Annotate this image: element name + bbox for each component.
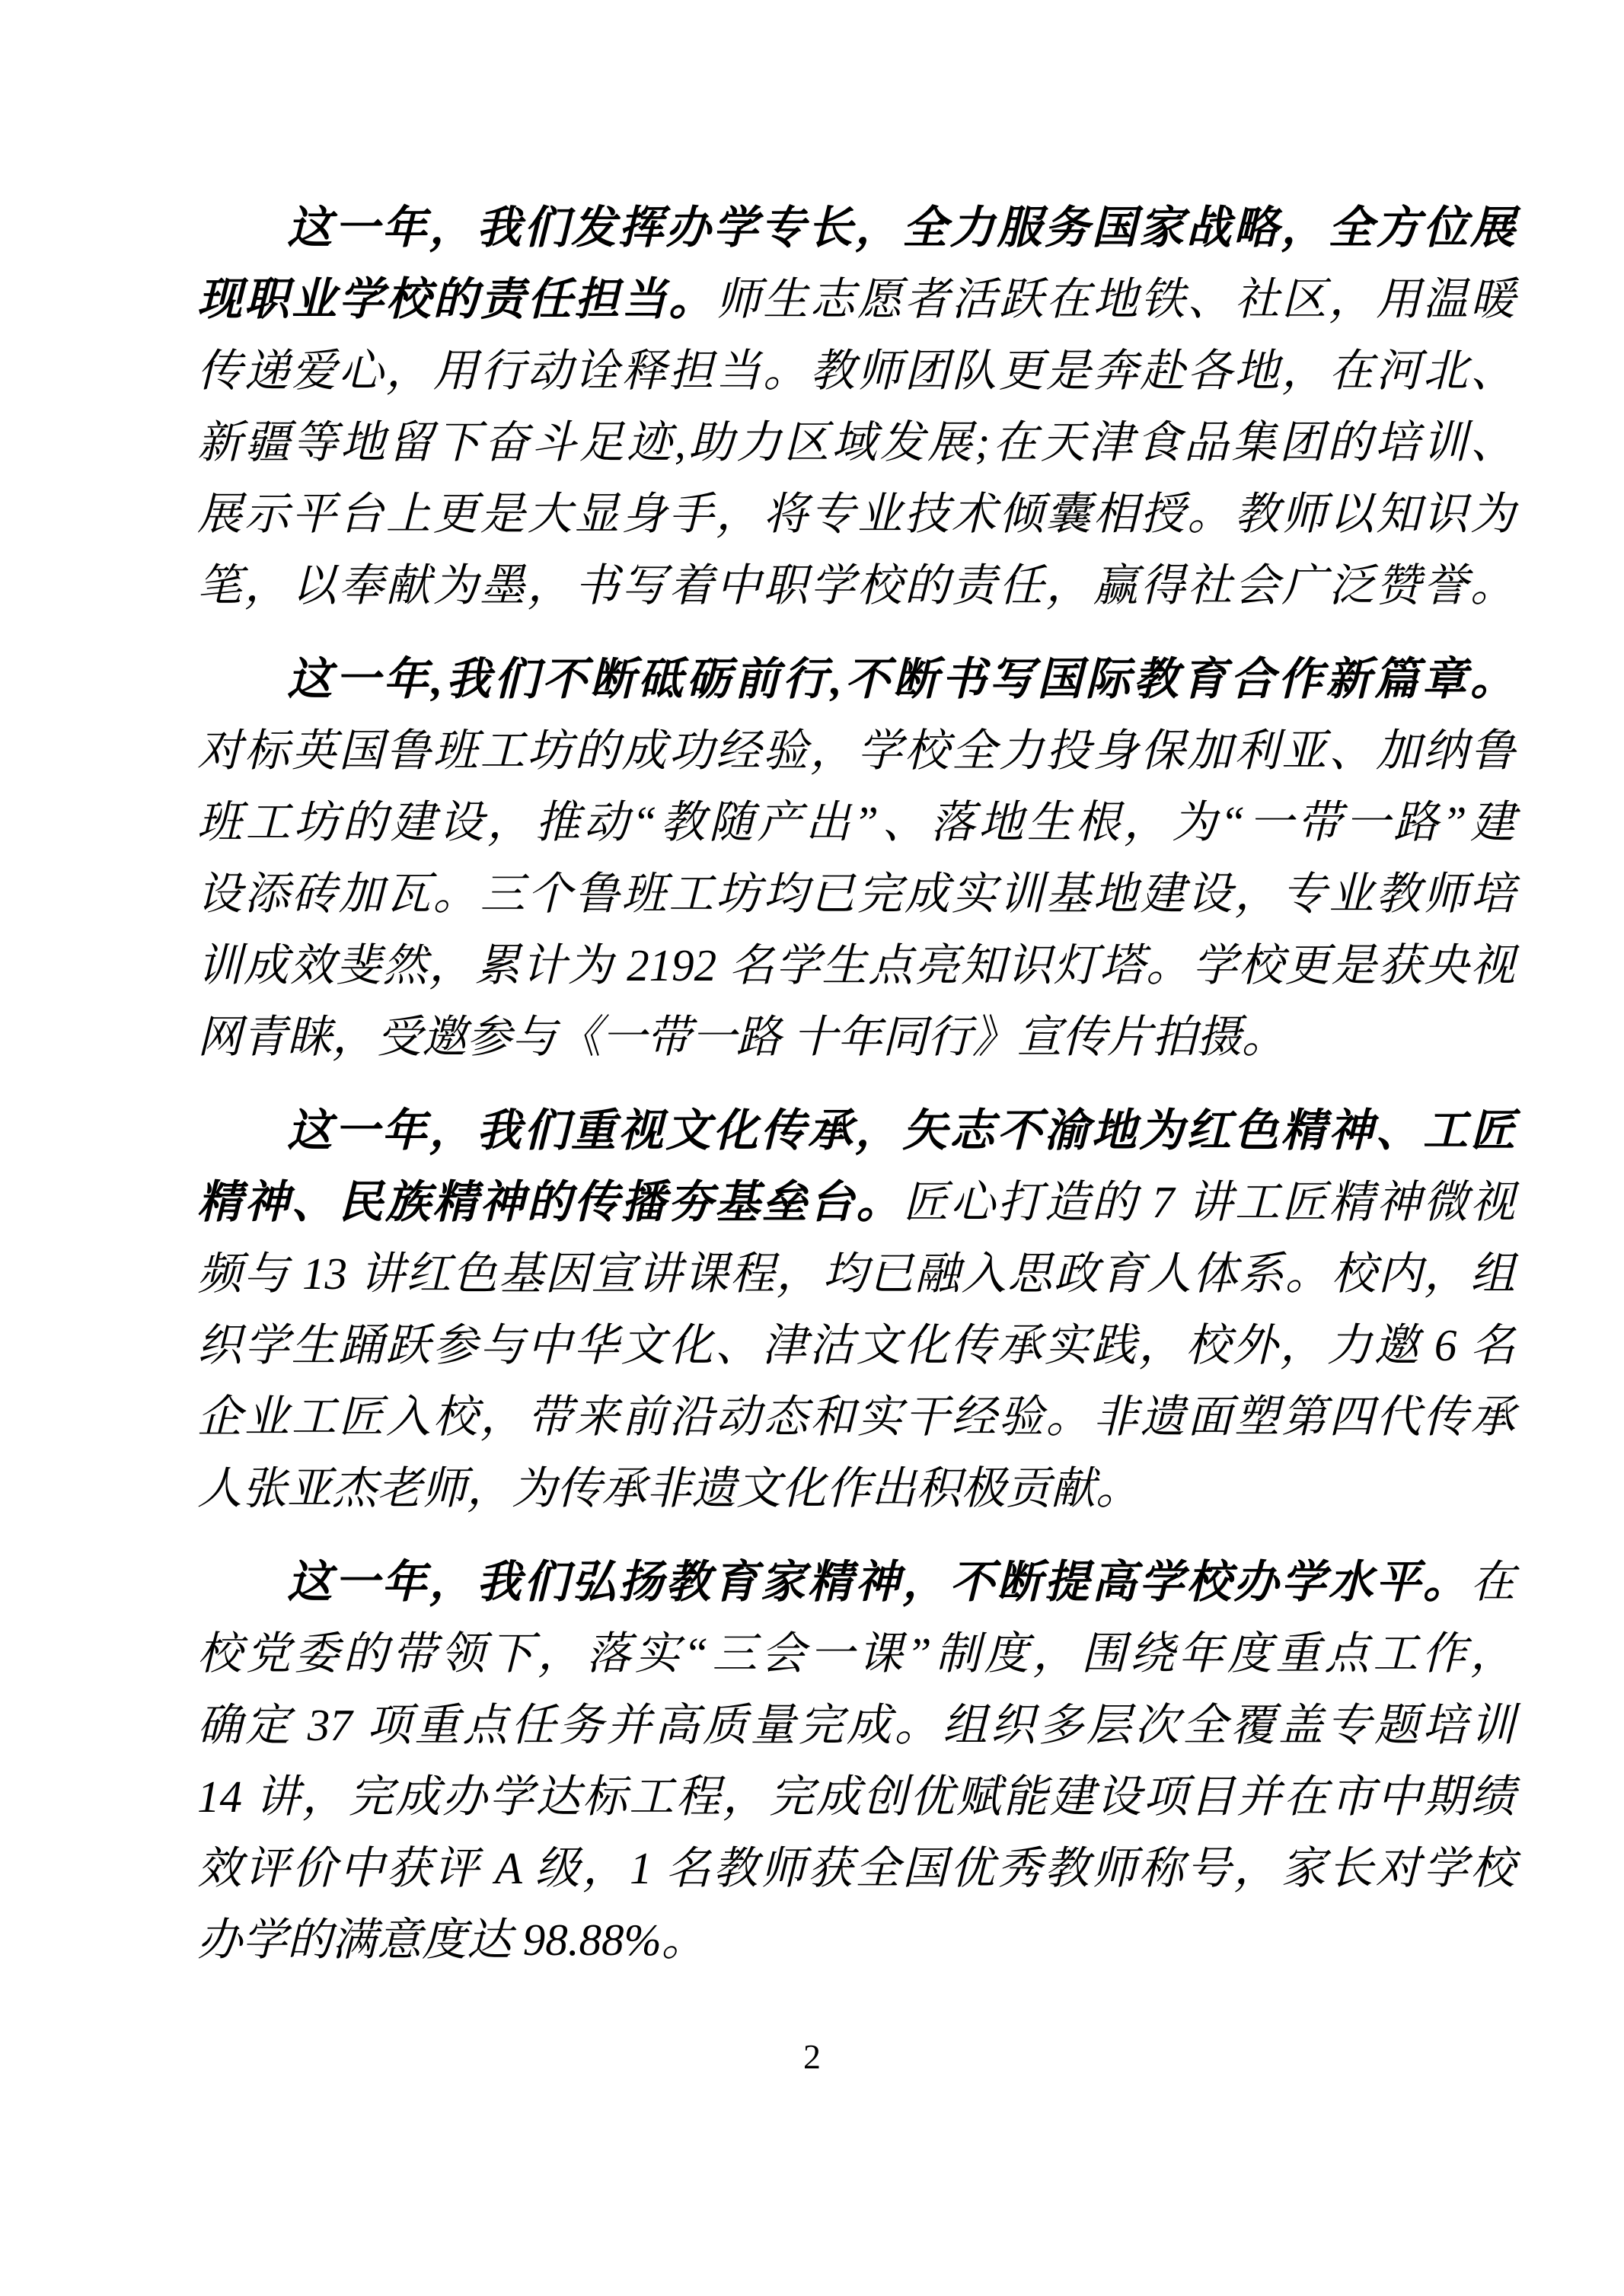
text-segment: 效评价中获评 A 级，1 名教师获全国优秀教师称号，家长对学校 bbox=[197, 1843, 1515, 1893]
paragraph: 这一年，我们发挥办学专长，全力服务国家战略，全方位展现职业学校的责任担当。师生志… bbox=[197, 192, 1515, 621]
text-line: 笔，以奉献为墨，书写着中职学校的责任，赢得社会广泛赞誉。 bbox=[197, 550, 1515, 621]
text-line: 确定 37 项重点任务并高质量完成。组织多层次全覆盖专题培训 bbox=[197, 1689, 1515, 1761]
text-segment: 精神、民族精神的传播夯基垒台。 bbox=[197, 1177, 903, 1227]
text-segment: 企业工匠入校，带来前沿动态和实干经验。非遗面塑第四代传承 bbox=[197, 1392, 1515, 1442]
text-segment: 师生志愿者活跃在地铁、社区，用温暖 bbox=[716, 274, 1515, 324]
text-segment: 新疆等地留下奋斗足迹,助力区域发展;在天津食品集团的培训、 bbox=[197, 417, 1515, 467]
text-segment: 织学生踊跃参与中华文化、津沽文化传承实践，校外，力邀 6 名 bbox=[197, 1320, 1515, 1370]
text-segment: 展示平台上更是大显身手，将专业技术倾囊相授。教师以知识为 bbox=[197, 489, 1515, 539]
paragraph: 这一年，我们重视文化传承，矢志不渝地为红色精神、工匠精神、民族精神的传播夯基垒台… bbox=[197, 1095, 1515, 1524]
text-segment: 网青睐，受邀参与《一带一路 十年同行》宣传片拍摄。 bbox=[197, 1012, 1287, 1062]
text-segment: 在 bbox=[1470, 1557, 1515, 1607]
text-segment: 确定 37 项重点任务并高质量完成。组织多层次全覆盖专题培训 bbox=[197, 1700, 1515, 1750]
text-line: 训成效斐然，累计为 2192 名学生点亮知识灯塔。学校更是获央视 bbox=[197, 930, 1515, 1001]
page-footer: 2 bbox=[0, 2034, 1624, 2080]
text-segment: 训成效斐然，累计为 2192 名学生点亮知识灯塔。学校更是获央视 bbox=[197, 940, 1515, 990]
text-line: 班工坊的建设，推动“教随产出”、落地生根，为“一带一路”建 bbox=[197, 786, 1515, 858]
text-segment: 人张亚杰老师，为传承非遗文化作出积极贡献。 bbox=[197, 1463, 1141, 1513]
text-segment: 14 讲，完成办学达标工程，完成创优赋能建设项目并在市中期绩 bbox=[197, 1771, 1515, 1822]
text-line: 对标英国鲁班工坊的成功经验，学校全力投身保加利亚、加纳鲁 bbox=[197, 715, 1515, 786]
text-segment: 笔，以奉献为墨，书写着中职学校的责任，赢得社会广泛赞誉。 bbox=[197, 560, 1515, 611]
text-line: 人张亚杰老师，为传承非遗文化作出积极贡献。 bbox=[197, 1453, 1515, 1524]
text-line: 传递爱心，用行动诠释担当。教师团队更是奔赴各地，在河北、 bbox=[197, 335, 1515, 407]
paragraph: 这一年,我们不断砥砺前行,不断书写国际教育合作新篇章。对标英国鲁班工坊的成功经验… bbox=[197, 643, 1515, 1073]
text-line: 企业工匠入校，带来前沿动态和实干经验。非遗面塑第四代传承 bbox=[197, 1381, 1515, 1453]
text-line: 这一年,我们不断砥砺前行,不断书写国际教育合作新篇章。 bbox=[197, 643, 1515, 715]
document-body: 这一年，我们发挥办学专长，全力服务国家战略，全方位展现职业学校的责任担当。师生志… bbox=[197, 192, 1515, 1976]
text-line: 现职业学校的责任担当。师生志愿者活跃在地铁、社区，用温暖 bbox=[197, 263, 1515, 335]
text-line: 办学的满意度达 98.88%。 bbox=[197, 1904, 1515, 1976]
page-number: 2 bbox=[803, 2037, 821, 2076]
text-line: 效评价中获评 A 级，1 名教师获全国优秀教师称号，家长对学校 bbox=[197, 1832, 1515, 1904]
text-segment: 这一年，我们发挥办学专长，全力服务国家战略，全方位展 bbox=[287, 202, 1515, 253]
text-segment: 频与 13 讲红色基因宣讲课程，均已融入思政育人体系。校内，组 bbox=[197, 1248, 1515, 1299]
text-line: 设添砖加瓦。三个鲁班工坊均已完成实训基地建设，专业教师培 bbox=[197, 858, 1515, 930]
text-segment: 对标英国鲁班工坊的成功经验，学校全力投身保加利亚、加纳鲁 bbox=[197, 725, 1515, 776]
text-segment: 现职业学校的责任担当。 bbox=[197, 274, 716, 324]
text-line: 新疆等地留下奋斗足迹,助力区域发展;在天津食品集团的培训、 bbox=[197, 407, 1515, 478]
text-line: 这一年，我们重视文化传承，矢志不渝地为红色精神、工匠 bbox=[197, 1095, 1515, 1166]
text-line: 精神、民族精神的传播夯基垒台。匠心打造的 7 讲工匠精神微视 bbox=[197, 1166, 1515, 1238]
text-segment: 这一年,我们不断砥砺前行,不断书写国际教育合作新篇章。 bbox=[287, 654, 1515, 704]
text-segment: 这一年，我们重视文化传承，矢志不渝地为红色精神、工匠 bbox=[287, 1105, 1515, 1156]
text-line: 网青睐，受邀参与《一带一路 十年同行》宣传片拍摄。 bbox=[197, 1001, 1515, 1073]
text-segment: 匠心打造的 7 讲工匠精神微视 bbox=[903, 1177, 1515, 1227]
text-line: 这一年，我们弘扬教育家精神，不断提高学校办学水平。在 bbox=[197, 1546, 1515, 1618]
text-line: 这一年，我们发挥办学专长，全力服务国家战略，全方位展 bbox=[197, 192, 1515, 263]
paragraph: 这一年，我们弘扬教育家精神，不断提高学校办学水平。在校党委的带领下，落实“三会一… bbox=[197, 1546, 1515, 1976]
text-line: 14 讲，完成办学达标工程，完成创优赋能建设项目并在市中期绩 bbox=[197, 1761, 1515, 1832]
text-segment: 办学的满意度达 98.88%。 bbox=[197, 1915, 707, 1965]
text-segment: 校党委的带领下，落实“三会一课”制度，围绕年度重点工作， bbox=[197, 1628, 1515, 1679]
text-line: 织学生踊跃参与中华文化、津沽文化传承实践，校外，力邀 6 名 bbox=[197, 1309, 1515, 1381]
text-segment: 班工坊的建设，推动“教随产出”、落地生根，为“一带一路”建 bbox=[197, 797, 1515, 847]
text-line: 展示平台上更是大显身手，将专业技术倾囊相授。教师以知识为 bbox=[197, 478, 1515, 550]
text-line: 频与 13 讲红色基因宣讲课程，均已融入思政育人体系。校内，组 bbox=[197, 1238, 1515, 1309]
text-line: 校党委的带领下，落实“三会一课”制度，围绕年度重点工作， bbox=[197, 1618, 1515, 1689]
text-segment: 设添砖加瓦。三个鲁班工坊均已完成实训基地建设，专业教师培 bbox=[197, 869, 1515, 919]
document-page: { "page": { "number": "2", "background_c… bbox=[0, 0, 1624, 2296]
text-segment: 传递爱心，用行动诠释担当。教师团队更是奔赴各地，在河北、 bbox=[197, 346, 1515, 396]
text-segment: 这一年，我们弘扬教育家精神，不断提高学校办学水平。 bbox=[287, 1557, 1470, 1607]
